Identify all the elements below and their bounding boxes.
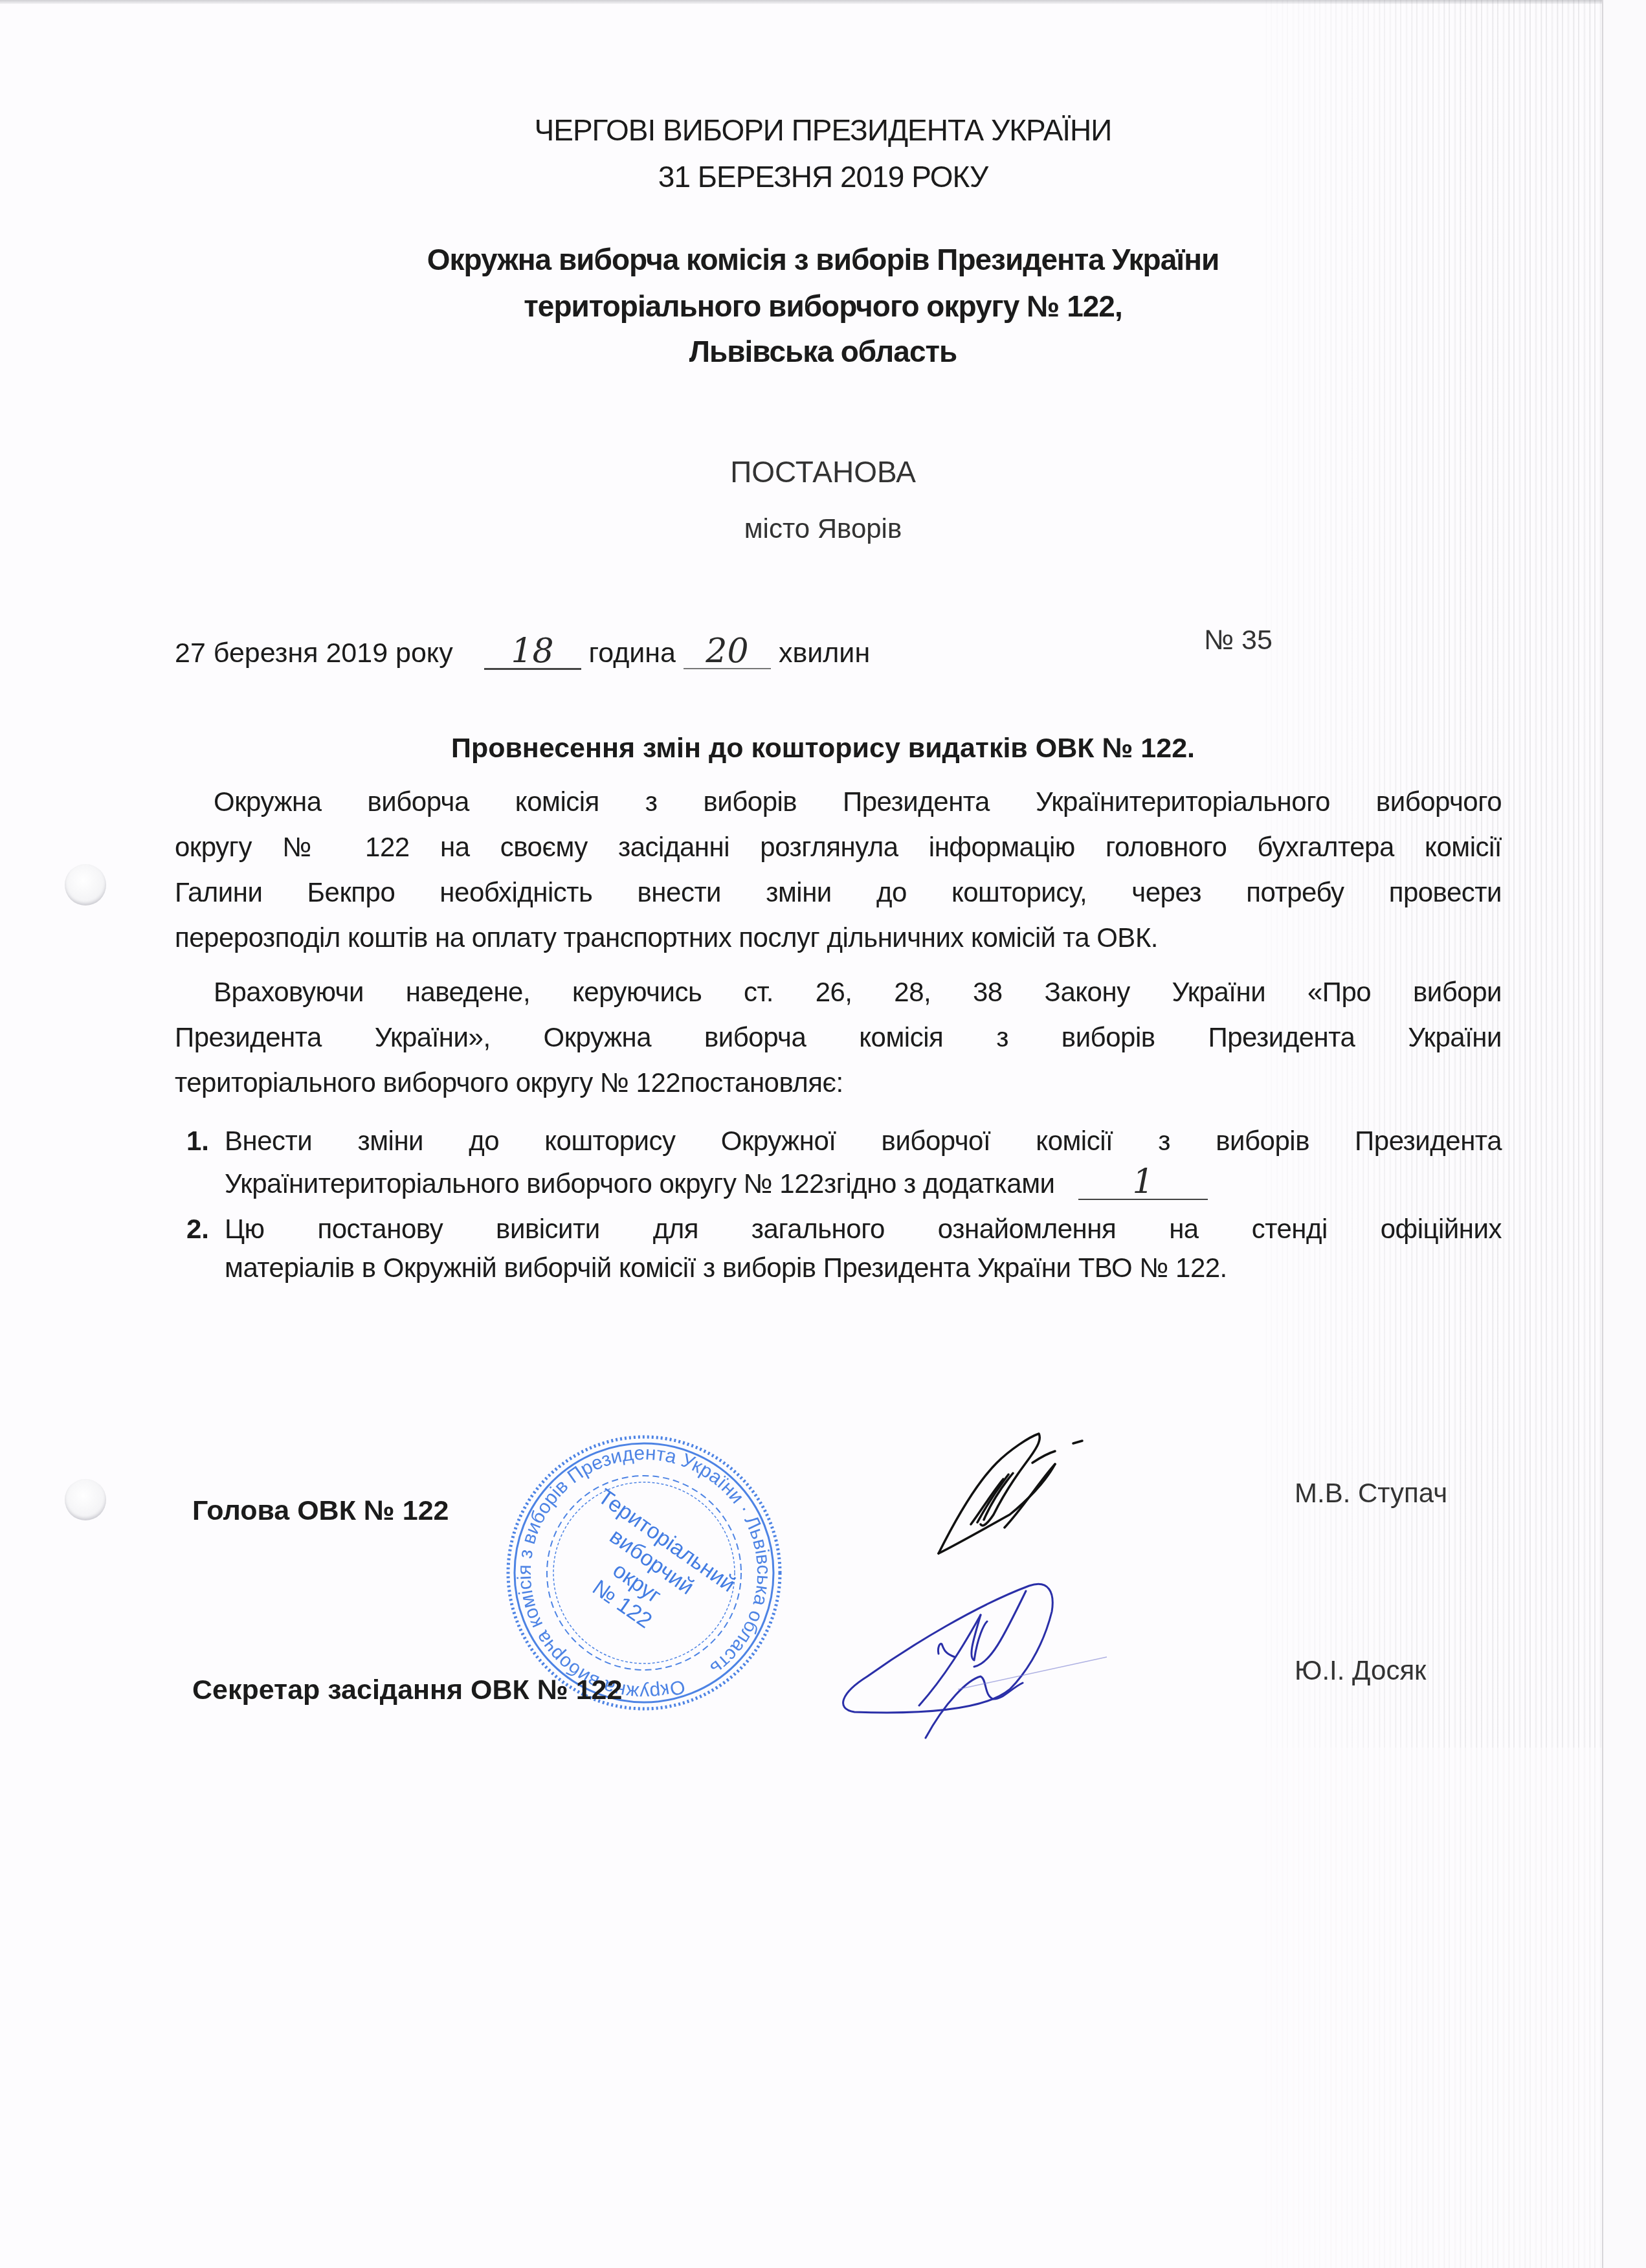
commission-region: Львівська область: [0, 337, 1646, 366]
commission-name-line1: Окружна виборча комісія з виборів Презид…: [0, 245, 1646, 274]
chair-role: Голова ОВК № 122: [192, 1497, 449, 1525]
secretary-role: Секретар засідання ОВК № 122: [192, 1676, 622, 1704]
secretary-signature: [829, 1566, 1120, 1754]
item1-line2: Українитериторіального виборчого округу …: [225, 1168, 1055, 1199]
resolution-date: 27 березня 2019 року: [175, 638, 453, 669]
hour-value: 18: [511, 632, 553, 671]
paragraph1-line1: Окружна виборча комісія з виборів Презид…: [214, 788, 1502, 816]
appendix-count-value: 1: [1133, 1162, 1154, 1201]
paragraph1-line2: округу № 122 на своєму засіданні розглян…: [175, 834, 1502, 861]
commission-name-line2: територіального виборчого округу № 122,: [0, 291, 1646, 321]
item2-number: 2.: [186, 1216, 209, 1243]
hole-punch-top: [65, 864, 106, 906]
minute-label: хвилин: [779, 638, 870, 669]
item2-line2: матеріалів в Окружній виборчій комісії з…: [225, 1254, 1502, 1282]
city-label: місто Яворів: [0, 515, 1646, 542]
hour-field: 18: [484, 634, 581, 670]
chair-name: М.В. Ступач: [1295, 1480, 1447, 1507]
doc-type-heading: ПОСТАНОВА: [0, 457, 1646, 487]
date-line: 27 березня 2019 року 18 година 20 хвилин: [175, 634, 870, 670]
paragraph2-line2: Президента України», Окружна виборча ком…: [175, 1024, 1502, 1051]
election-title: ЧЕРГОВІ ВИБОРИ ПРЕЗИДЕНТА УКРАЇНИ: [0, 115, 1646, 145]
resolution-title: Провнесення змін до кошторису видатків О…: [0, 735, 1646, 762]
appendix-count-field: 1: [1078, 1165, 1208, 1200]
item2-line1: Цю постанову вивісити для загального озн…: [225, 1216, 1502, 1243]
minute-value: 20: [706, 632, 748, 671]
election-date: 31 БЕРЕЗНЯ 2019 РОКУ: [0, 162, 1646, 192]
scan-top-edge: [0, 0, 1602, 4]
paragraph2-line3: територіального виборчого округу № 122по…: [175, 1069, 1502, 1096]
item1-line1: Внести зміни до кошторису Окружної вибор…: [225, 1128, 1502, 1155]
hole-punch-bottom: [65, 1479, 106, 1520]
paragraph1-line3: Галини Бекпро необхідність внести зміни …: [175, 879, 1502, 906]
secretary-name: Ю.І. Досяк: [1295, 1657, 1427, 1684]
chair-signature: [906, 1411, 1100, 1579]
minute-field: 20: [684, 634, 771, 669]
hour-label: година: [589, 638, 676, 669]
paragraph1-line4: перерозподіл коштів на оплату транспортн…: [175, 924, 1502, 951]
resolution-number: № 35: [1204, 627, 1273, 654]
item1-number: 1.: [186, 1128, 209, 1155]
paragraph2-line1: Враховуючи наведене, керуючись ст. 26, 2…: [214, 979, 1502, 1006]
item1-line2-row: Українитериторіального виборчого округу …: [225, 1165, 1208, 1200]
